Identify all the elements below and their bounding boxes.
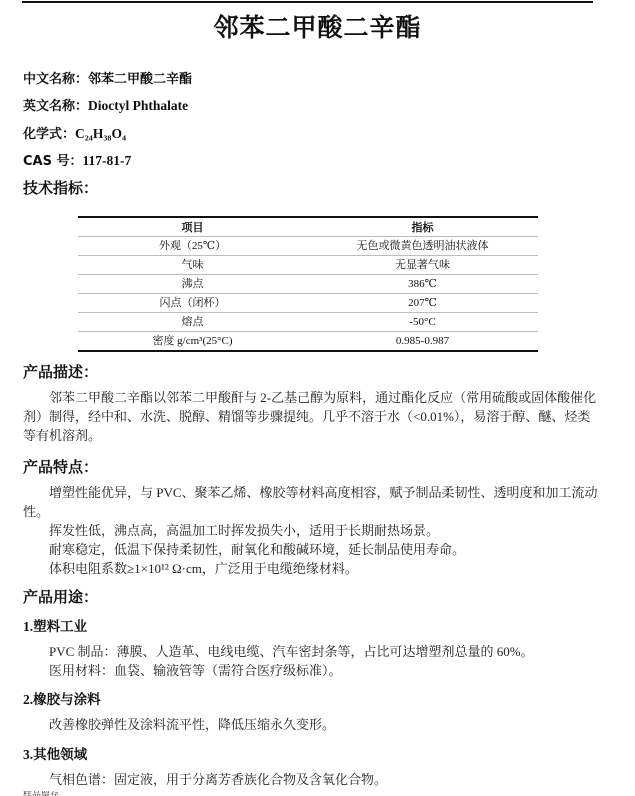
info-label: 中文名称：: [23, 72, 88, 87]
feature-item: 体积电阻系数≥1×10¹² Ω·cm，广泛用于电缆绝缘材料。: [23, 559, 598, 578]
document-title: 邻苯二甲酸二辛酯: [0, 8, 635, 44]
info-label: 化学式：: [23, 127, 75, 142]
table-cell-value: 0.985-0.987: [307, 332, 538, 352]
table-cell-value: 386℃: [307, 275, 538, 294]
table-cell-value: 无色或微黄色透明油状液体: [307, 237, 538, 256]
table-row: 熔点 -50°C: [78, 313, 538, 332]
features-body: 增塑性能优异，与 PVC、聚苯乙烯、橡胶等材料高度相容，赋予制品柔韧性、透明度和…: [23, 483, 598, 578]
uses-heading: 产品用途：: [23, 586, 98, 607]
table-cell-item: 闪点（闭杯）: [78, 294, 307, 313]
info-formula: 化学式：C₂₄H₃₈O₄: [23, 123, 126, 142]
uses-group-body: 改善橡胶弹性及涂料流平性，降低压缩永久变形。: [23, 715, 598, 734]
table-row: 沸点 386℃: [78, 275, 538, 294]
uses-group-title: 1.塑料工业: [23, 615, 87, 635]
info-value: C₂₄H₃₈O₄: [75, 126, 126, 141]
table-cell-item: 密度 g/cm³(25°C): [78, 332, 307, 352]
info-label: 英文名称：: [23, 99, 88, 114]
table-cell-value: 207℃: [307, 294, 538, 313]
table-cell-item: 熔点: [78, 313, 307, 332]
uses-group-title: 2.橡胶与涂料: [23, 688, 101, 708]
table-row: 密度 g/cm³(25°C) 0.985-0.987: [78, 332, 538, 352]
table-header-item: 项目: [78, 217, 307, 237]
features-heading: 产品特点：: [23, 456, 98, 477]
spec-table: 项目 指标 外观（25℃） 无色或微黄色透明油状液体 气味 无显著气味 沸点 3…: [78, 216, 538, 352]
table-row: 闪点（闭杯） 207℃: [78, 294, 538, 313]
uses-group-title: 3.其他领域: [23, 743, 87, 763]
cutoff-text: 样品留存: [23, 791, 63, 796]
table-cell-value: -50°C: [307, 313, 538, 332]
table-cell-value: 无显著气味: [307, 256, 538, 275]
table-cell-item: 外观（25℃）: [78, 237, 307, 256]
uses-group-body: PVC 制品：薄膜、人造革、电线电缆、汽车密封条等，占比可达增塑剂总量的 60%…: [23, 642, 598, 680]
info-chinese-name: 中文名称：邻苯二甲酸二辛酯: [23, 68, 192, 87]
use-item: PVC 制品：薄膜、人造革、电线电缆、汽车密封条等，占比可达增塑剂总量的 60%…: [23, 642, 598, 661]
table-row: 气味 无显著气味: [78, 256, 538, 275]
feature-item: 挥发性低，沸点高，高温加工时挥发损失小，适用于长期耐热场景。: [23, 521, 598, 540]
info-value: 邻苯二甲酸二辛酯: [88, 72, 192, 87]
info-english-name: 英文名称：Dioctyl Phthalate: [23, 95, 188, 114]
top-rule: [22, 1, 593, 3]
use-item: 改善橡胶弹性及涂料流平性，降低压缩永久变形。: [23, 715, 598, 734]
feature-item: 耐寒稳定，低温下保持柔韧性，耐氧化和酸碱环境，延长制品使用寿命。: [23, 540, 598, 559]
feature-item: 增塑性能优异，与 PVC、聚苯乙烯、橡胶等材料高度相容，赋予制品柔韧性、透明度和…: [23, 483, 598, 521]
description-heading: 产品描述：: [23, 361, 98, 382]
use-item: 气相色谱：固定液，用于分离芳香族化合物及含氧化合物。: [23, 770, 598, 789]
info-value: Dioctyl Phthalate: [88, 98, 188, 113]
info-value: 117-81-7: [83, 153, 132, 168]
description-text: 邻苯二甲酸二辛酯以邻苯二甲酸酐与 2-乙基己醇为原料，通过酯化反应（常用硫酸或固…: [23, 388, 598, 445]
info-cas: CAS 号：117-81-7: [23, 150, 131, 169]
table-cell-item: 气味: [78, 256, 307, 275]
table-row: 外观（25℃） 无色或微黄色透明油状液体: [78, 237, 538, 256]
table-cell-item: 沸点: [78, 275, 307, 294]
spec-heading: 技术指标：: [23, 177, 98, 198]
table-header-row: 项目 指标: [78, 217, 538, 237]
uses-group-body: 气相色谱：固定液，用于分离芳香族化合物及含氧化合物。: [23, 770, 598, 789]
table-header-value: 指标: [307, 217, 538, 237]
info-label: CAS 号：: [23, 154, 83, 169]
use-item: 医用材料：血袋、输液管等（需符合医疗级标准）。: [23, 661, 598, 680]
description-body: 邻苯二甲酸二辛酯以邻苯二甲酸酐与 2-乙基己醇为原料，通过酯化反应（常用硫酸或固…: [23, 388, 598, 445]
